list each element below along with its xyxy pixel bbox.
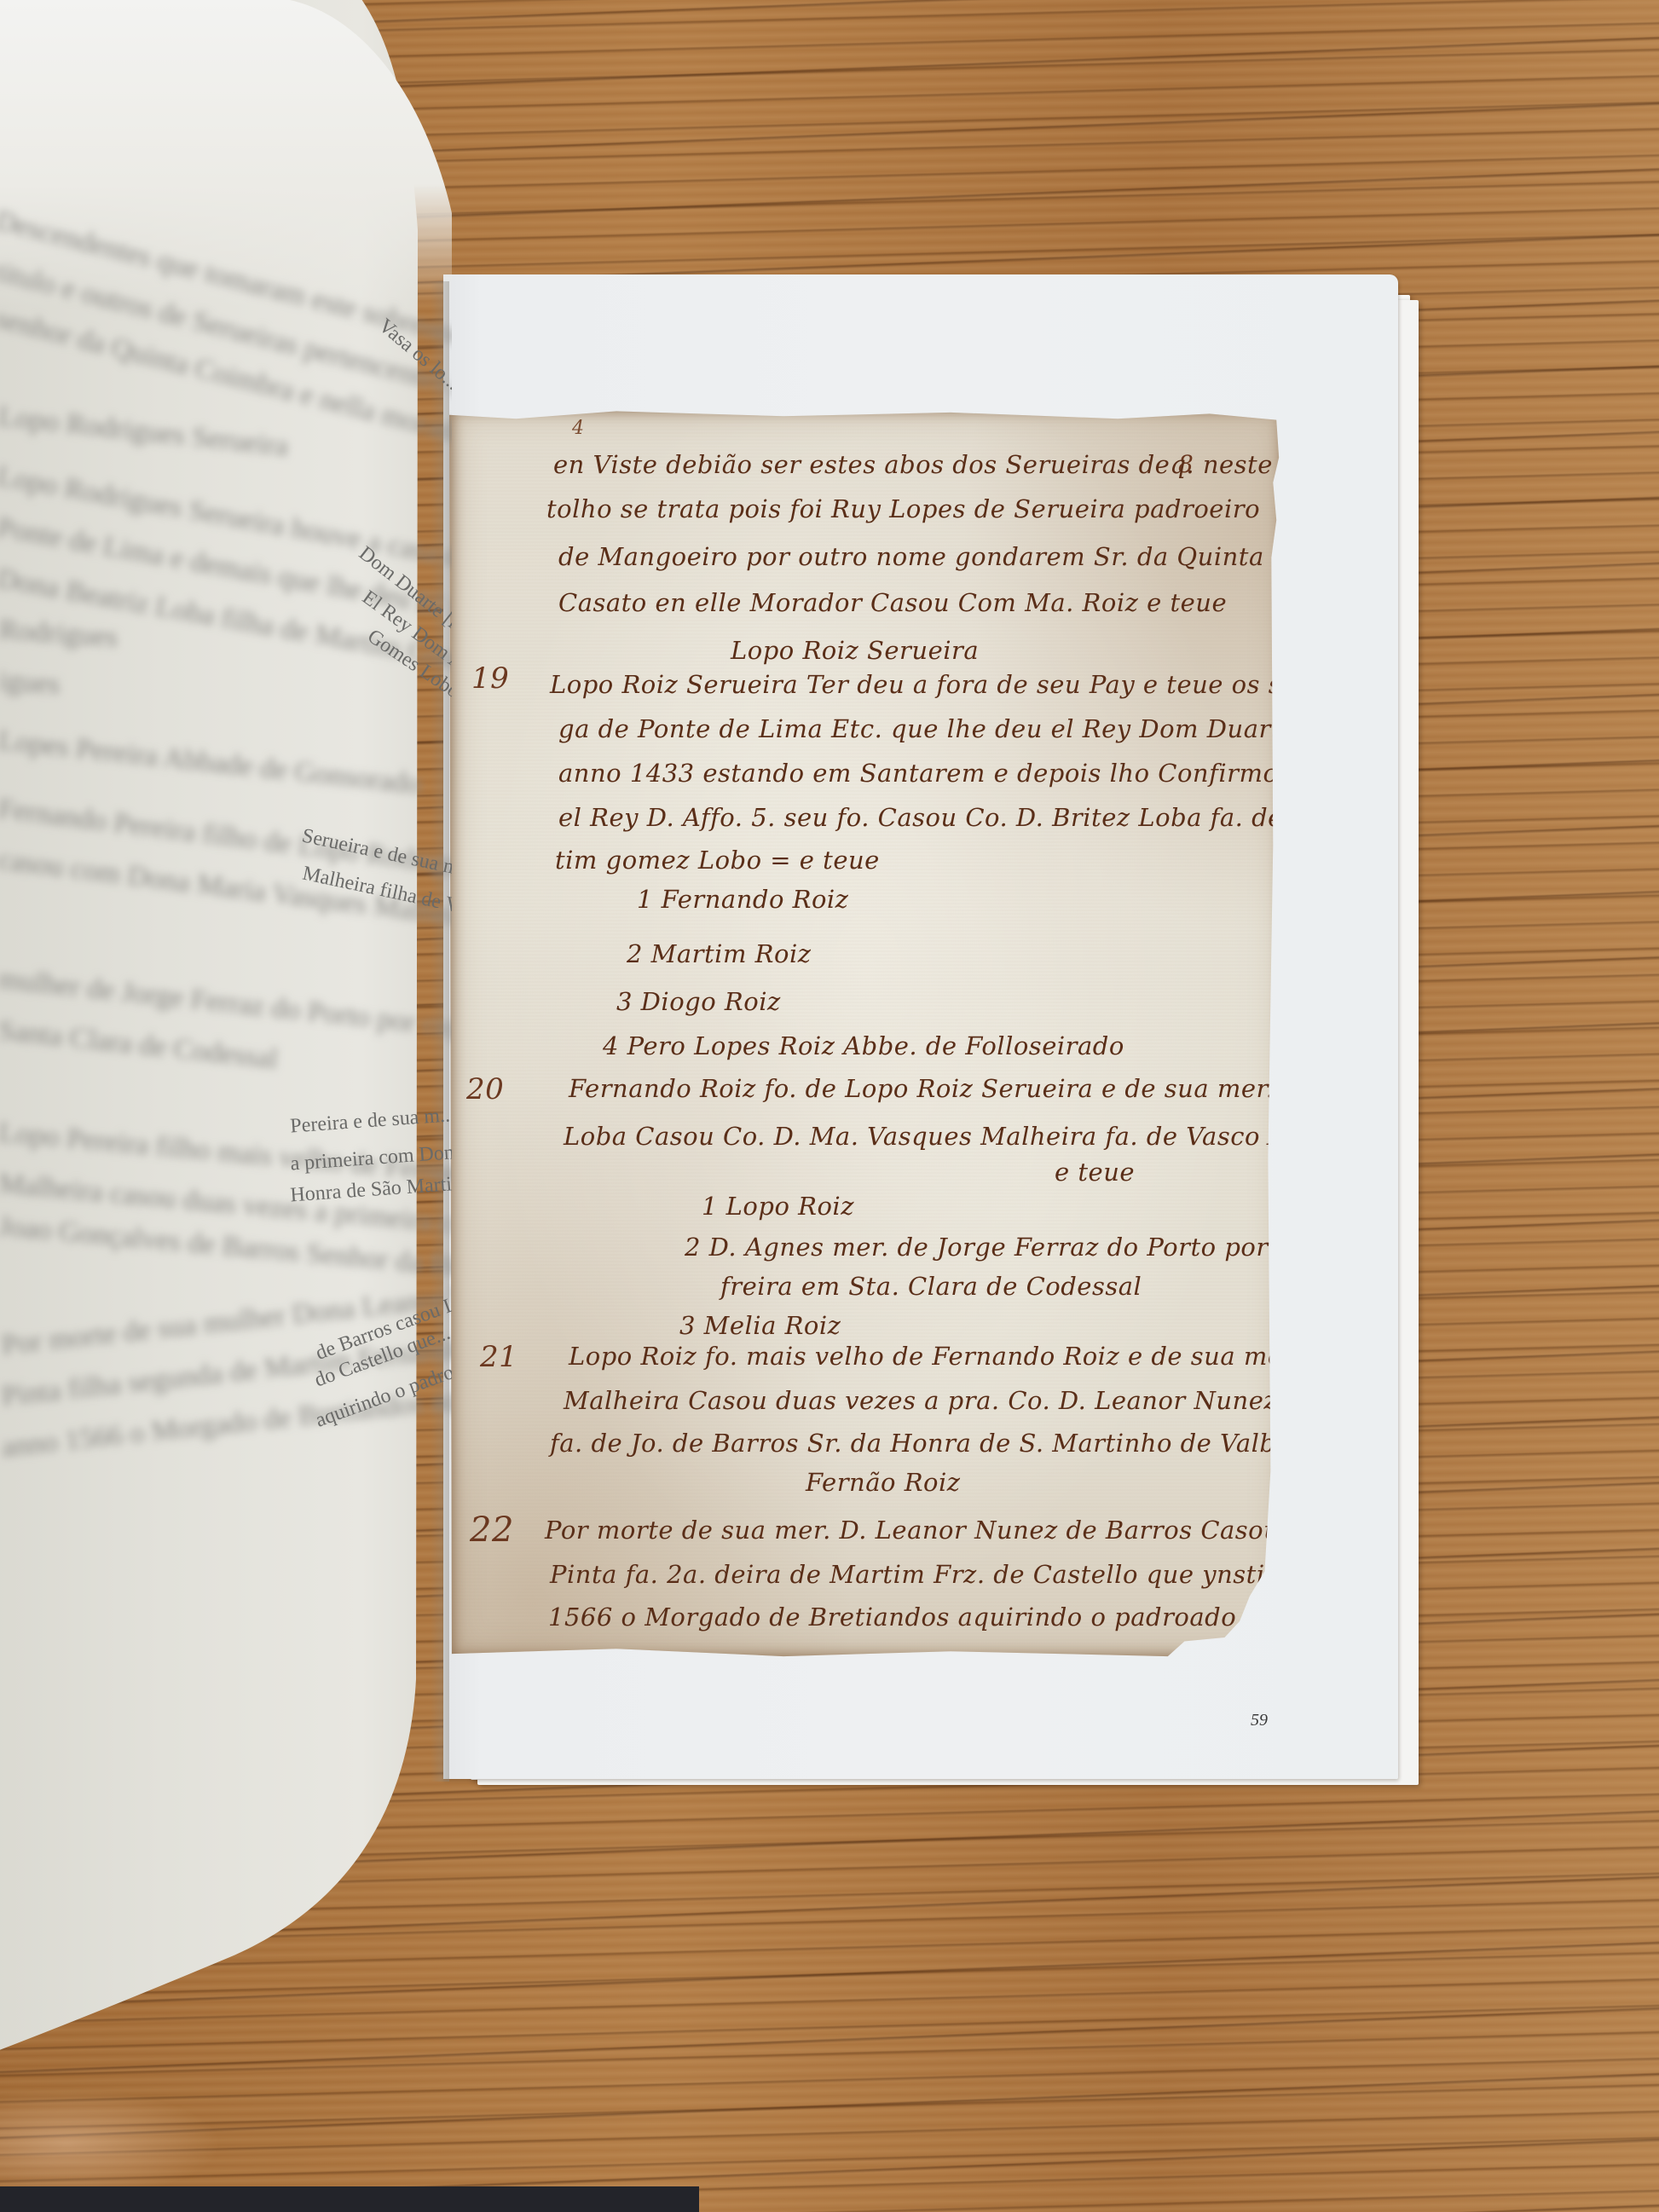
manuscript-line: tolho se trata pois foi Ruy Lopes de Ser…: [546, 494, 1260, 523]
child-item: 3 Diogo Roiz: [616, 987, 781, 1016]
manuscript-facsimile: 4 8 en Viste debião ser estes abos dos S…: [449, 407, 1285, 1659]
child-item: 1 Lopo Roiz: [702, 1192, 854, 1221]
entry-number: 21: [480, 1340, 517, 1374]
child-item: 1 Fernando Roiz: [637, 885, 848, 914]
child-item: 4 Pero Lopes Roiz Abbe. de Folloseirado: [603, 1031, 1124, 1060]
dark-floor-edge: [0, 2186, 699, 2212]
entry-number: 22: [470, 1510, 514, 1550]
manuscript-line: e teue: [1055, 1158, 1135, 1187]
manuscript-line: freira em Sta. Clara de Codessal: [720, 1272, 1142, 1301]
manuscript-line: de Mangoeiro por outro nome gondarem Sr.…: [558, 542, 1264, 571]
manuscript-line: en Viste debião ser estes abos dos Serue…: [553, 450, 1273, 479]
child-item: 2 Martim Roiz: [627, 939, 812, 968]
light-glare: [0, 2088, 222, 2199]
left-page-fragment: Pereira e de sua m...: [290, 1104, 452, 1138]
child-item: 3 Melia Roiz: [679, 1311, 841, 1340]
manuscript-line: ga de Ponte de Lima Etc. que lhe deu el …: [558, 714, 1297, 743]
manuscript-line: fa. de Jo. de Barros Sr. da Honra de S. …: [550, 1429, 1379, 1458]
manuscript-line: Casato en elle Morador Casou Com Ma. Roi…: [558, 588, 1227, 617]
manuscript-line: el Rey D. Affo. 5. seu fo. Casou Co. D. …: [558, 803, 1344, 832]
page-number: 59: [1251, 1711, 1268, 1730]
left-page-text-block: Descendentes que tomaram este sobrenome …: [0, 0, 452, 2046]
corner-mark: 4: [572, 418, 585, 439]
entry-number: 20: [466, 1072, 504, 1106]
entry-number: 19: [471, 661, 509, 696]
manuscript-line: anno 1433 estando em Santarem e depois l…: [558, 759, 1295, 788]
manuscript-line: tim gomez Lobo = e teue: [555, 846, 880, 875]
section-heading: Lopo Roiz Serueira: [731, 636, 979, 665]
manuscript-line: Fernão Roiz: [806, 1468, 961, 1497]
manuscript-line: Lopo Roiz Serueira Ter deu a fora de seu…: [550, 670, 1368, 699]
